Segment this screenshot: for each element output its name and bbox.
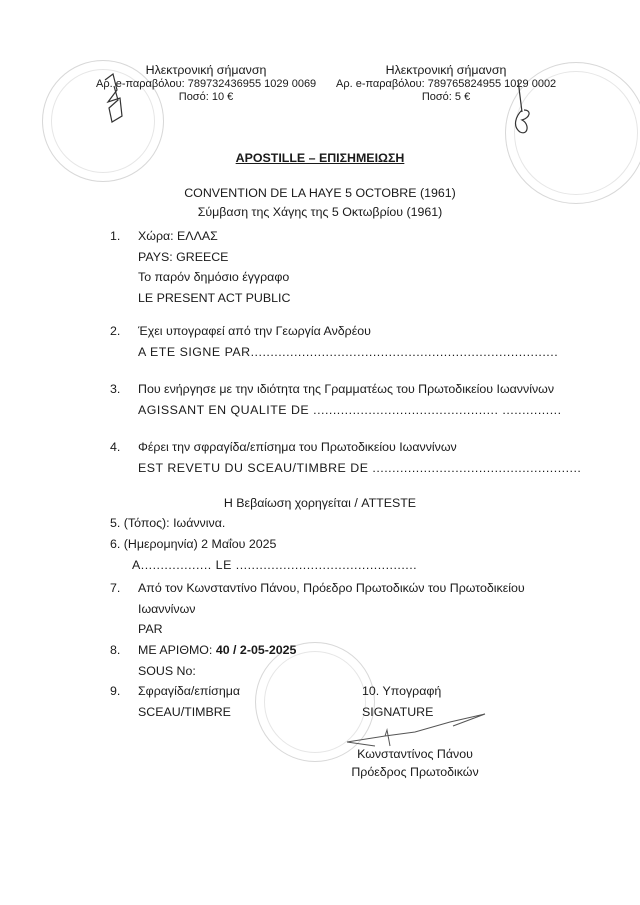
item-3-number: 3. (110, 379, 138, 400)
item-9-number: 9. (110, 681, 138, 702)
item-6-date: 6. (Ημερομηνία) 2 Μαΐου 2025 (110, 537, 276, 551)
fee-right-heading: Ηλεκτρονική σήμανση (336, 63, 556, 77)
signature-scribble-left (100, 72, 130, 132)
item-2-number: 2. (110, 321, 138, 342)
signatory: Κωνσταντίνος Πάνου Πρόεδρος Πρωτοδικών (330, 745, 500, 781)
item-9-seal-gr: Σφραγίδα/επίσημα (138, 684, 240, 698)
signature-scribble-right (508, 80, 538, 140)
signature-stroke (345, 710, 495, 750)
document-title: APOSTILLE – ΕΠΙΣΗΜΕΙΩΣΗ (0, 151, 640, 165)
item-1-country-gr: Χώρα: ΕΛΛΑΣ (138, 229, 218, 243)
item-2: 2.Έχει υπογραφεί από την Γεωργία Ανδρέου… (110, 321, 558, 362)
item-8-sous-no: SOUS No: (110, 661, 296, 682)
item-7: 7.Από τον Κωνσταντίνο Πάνου, Πρόεδρο Πρω… (110, 578, 525, 640)
item-4: 4.Φέρει την σφραγίδα/επίσημα του Πρωτοδι… (110, 437, 581, 478)
item-2-signed-by: Έχει υπογραφεί από την Γεωργία Ανδρέου (138, 324, 371, 338)
item-2-signe-par: A ETE SIGNE PAR.........................… (110, 342, 558, 363)
item-8-label: ΜΕ ΑΡΙΘΜΟ: (138, 643, 216, 657)
item-7-number: 7. (110, 578, 138, 599)
item-8-number: 8. (110, 640, 138, 661)
item-8-value: 40 / 2-05-2025 (216, 643, 297, 657)
signatory-role: Πρόεδρος Πρωτοδικών (330, 763, 500, 781)
item-6-a-le: A.................. LE .................… (132, 558, 417, 572)
item-10-signature-gr: 10. Υπογραφή (362, 681, 441, 702)
item-1-doc-gr: Το παρόν δημόσιο έγγραφο (110, 267, 290, 288)
item-7-par: PAR (110, 619, 525, 640)
convention-greek: Σύμβαση της Χάγης της 5 Οκτωβρίου (1961) (0, 205, 640, 219)
item-1-country-fr: PAYS: GREECE (110, 247, 290, 268)
item-9-seal-fr: SCEAU/TIMBRE (110, 702, 240, 723)
item-5-place: 5. (Τόπος): Ιωάννινα. (110, 516, 225, 530)
item-3-capacity: Που ενήργησε με την ιδιότητα της Γραμματ… (138, 382, 554, 396)
signatory-name: Κωνσταντίνος Πάνου (330, 745, 500, 763)
item-1-number: 1. (110, 226, 138, 247)
item-4-sceau: EST REVETU DU SCEAU/TIMBRE DE ..........… (110, 458, 581, 479)
attest-heading: Η Βεβαίωση χορηγείται / ATTESTE (0, 496, 640, 510)
convention-french: CONVENTION DE LA HAYE 5 OCTOBRE (1961) (0, 186, 640, 200)
item-7-issuer-cont: Ιωαννίνων (110, 599, 525, 620)
item-3: 3.Που ενήργησε με την ιδιότητα της Γραμμ… (110, 379, 562, 420)
item-4-number: 4. (110, 437, 138, 458)
item-8: 8.ΜΕ ΑΡΙΘΜΟ: 40 / 2-05-2025 SOUS No: (110, 640, 296, 681)
item-1-doc-fr: LE PRESENT ACT PUBLIC (110, 288, 290, 309)
item-1: 1.Χώρα: ΕΛΛΑΣ PAYS: GREECE Το παρόν δημό… (110, 226, 290, 308)
item-4-seal: Φέρει την σφραγίδα/επίσημα του Πρωτοδικε… (138, 440, 457, 454)
item-7-issuer: Από τον Κωνσταντίνο Πάνου, Πρόεδρο Πρωτο… (138, 581, 525, 595)
item-3-qualite: AGISSANT EN QUALITE DE .................… (110, 400, 562, 421)
item-9: 9.Σφραγίδα/επίσημα SCEAU/TIMBRE (110, 681, 240, 722)
